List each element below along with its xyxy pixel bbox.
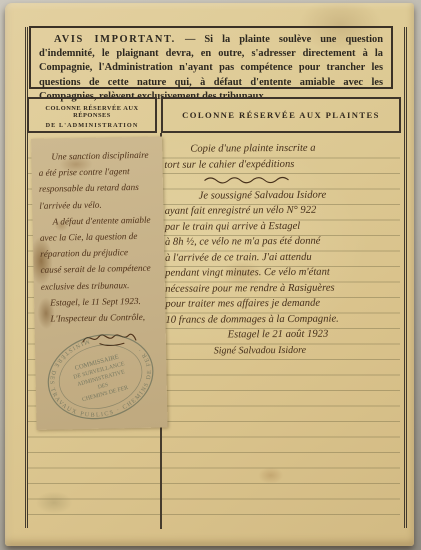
complaint-line: à 8h ½, ce vélo ne m'a pas été donné — [165, 233, 401, 250]
complaint-line: ayant fait enregistré un vélo N° 922 — [165, 202, 401, 219]
complaint-line: tort sur le cahier d'expéditions — [164, 156, 400, 173]
complaint-line: pour traiter mes affaires je demande — [165, 295, 401, 312]
complaint-line: Copie d'une plainte inscrite a — [164, 140, 400, 157]
admin-column-header-line1: COLONNE RÉSERVÉE AUX RÉPONSES — [29, 105, 155, 119]
admin-column-header: COLONNE RÉSERVÉE AUX RÉPONSES DE L'ADMIN… — [27, 97, 157, 133]
admin-column-header-line2: DE L'ADMINISTRATION — [29, 122, 155, 129]
complaint-text: Copie d'une plainte inscrite a tort sur … — [164, 140, 402, 359]
complaint-line: 10 francs de dommages à la Compagnie. — [165, 311, 401, 328]
complaint-line: à l'arrivée de ce train. J'ai attendu — [165, 249, 401, 266]
admin-line: Une sanction disciplinaire — [38, 147, 158, 166]
admin-line: A défaut d'entente amiable — [39, 211, 159, 230]
separator-flourish — [164, 171, 400, 188]
important-notice-text: AVIS IMPORTANT. — Si la plainte soulève … — [39, 33, 383, 104]
admin-line: causé serait de la compétence — [40, 260, 160, 279]
complaint-line: Je soussigné Salvadou Isidore — [165, 187, 401, 204]
register-page: AVIS IMPORTANT. — Si la plainte soulève … — [0, 0, 421, 550]
important-notice-box: AVIS IMPORTANT. — Si la plainte soulève … — [29, 26, 393, 89]
complaints-column-header: COLONNE RÉSERVÉE AUX PLAINTES — [161, 97, 401, 133]
complaint-place-date: Estagel le 21 août 1923 — [166, 326, 402, 343]
complaint-line: nécessaire pour me rendre à Rasiguères — [165, 280, 401, 297]
admin-response-slip: Une sanction disciplinaire a été prise c… — [31, 136, 168, 429]
complaint-signature: Signé Salvadou Isidore — [166, 342, 402, 359]
complaint-line: pendant vingt minutes. Ce vélo m'étant — [165, 264, 401, 281]
notice-title: AVIS IMPORTANT. — [54, 34, 176, 45]
complaint-line: par le train qui arrive à Estagel — [165, 218, 401, 235]
